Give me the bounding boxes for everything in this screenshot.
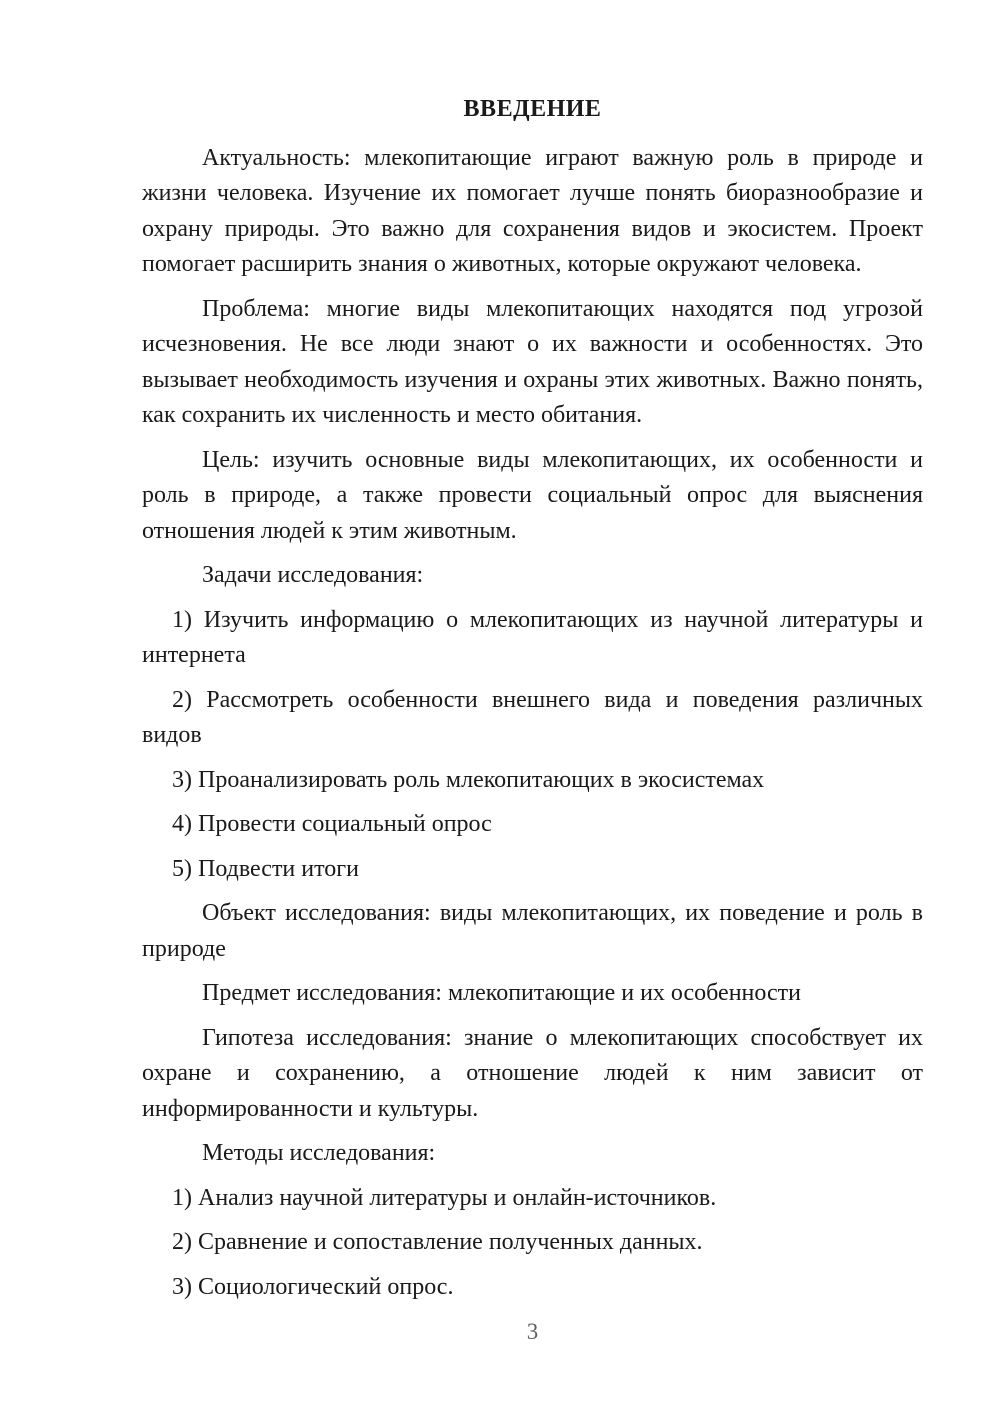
task-item-3: 3) Проанализировать роль млекопитающих в… bbox=[142, 763, 923, 799]
paragraph-subject: Предмет исследования: млекопитающие и их… bbox=[142, 976, 923, 1012]
document-page: ВВЕДЕНИЕ Актуальность: млекопитающие игр… bbox=[0, 0, 1000, 1414]
method-item-1: 1) Анализ научной литературы и онлайн-ис… bbox=[142, 1181, 923, 1217]
task-item-5: 5) Подвести итоги bbox=[142, 852, 923, 888]
paragraph-object: Объект исследования: виды млекопитающих,… bbox=[142, 896, 923, 967]
paragraph-goal: Цель: изучить основные виды млекопитающи… bbox=[142, 443, 923, 550]
label-tasks: Задачи исследования: bbox=[142, 558, 923, 594]
paragraph-problem: Проблема: многие виды млекопитающих нахо… bbox=[142, 292, 923, 434]
method-item-2: 2) Сравнение и сопоставление полученных … bbox=[142, 1225, 923, 1261]
method-item-3: 3) Социологический опрос. bbox=[142, 1270, 923, 1306]
paragraph-hypothesis: Гипотеза исследования: знание о млекопит… bbox=[142, 1021, 923, 1128]
page-title: ВВЕДЕНИЕ bbox=[142, 92, 923, 128]
task-item-1: 1) Изучить информацию о млекопитающих из… bbox=[142, 603, 923, 674]
page-number: 3 bbox=[142, 1314, 923, 1350]
task-item-4: 4) Провести социальный опрос bbox=[142, 807, 923, 843]
paragraph-relevance: Актуальность: млекопитающие играют важну… bbox=[142, 141, 923, 283]
label-methods: Методы исследования: bbox=[142, 1136, 923, 1172]
task-item-2: 2) Рассмотреть особенности внешнего вида… bbox=[142, 683, 923, 754]
